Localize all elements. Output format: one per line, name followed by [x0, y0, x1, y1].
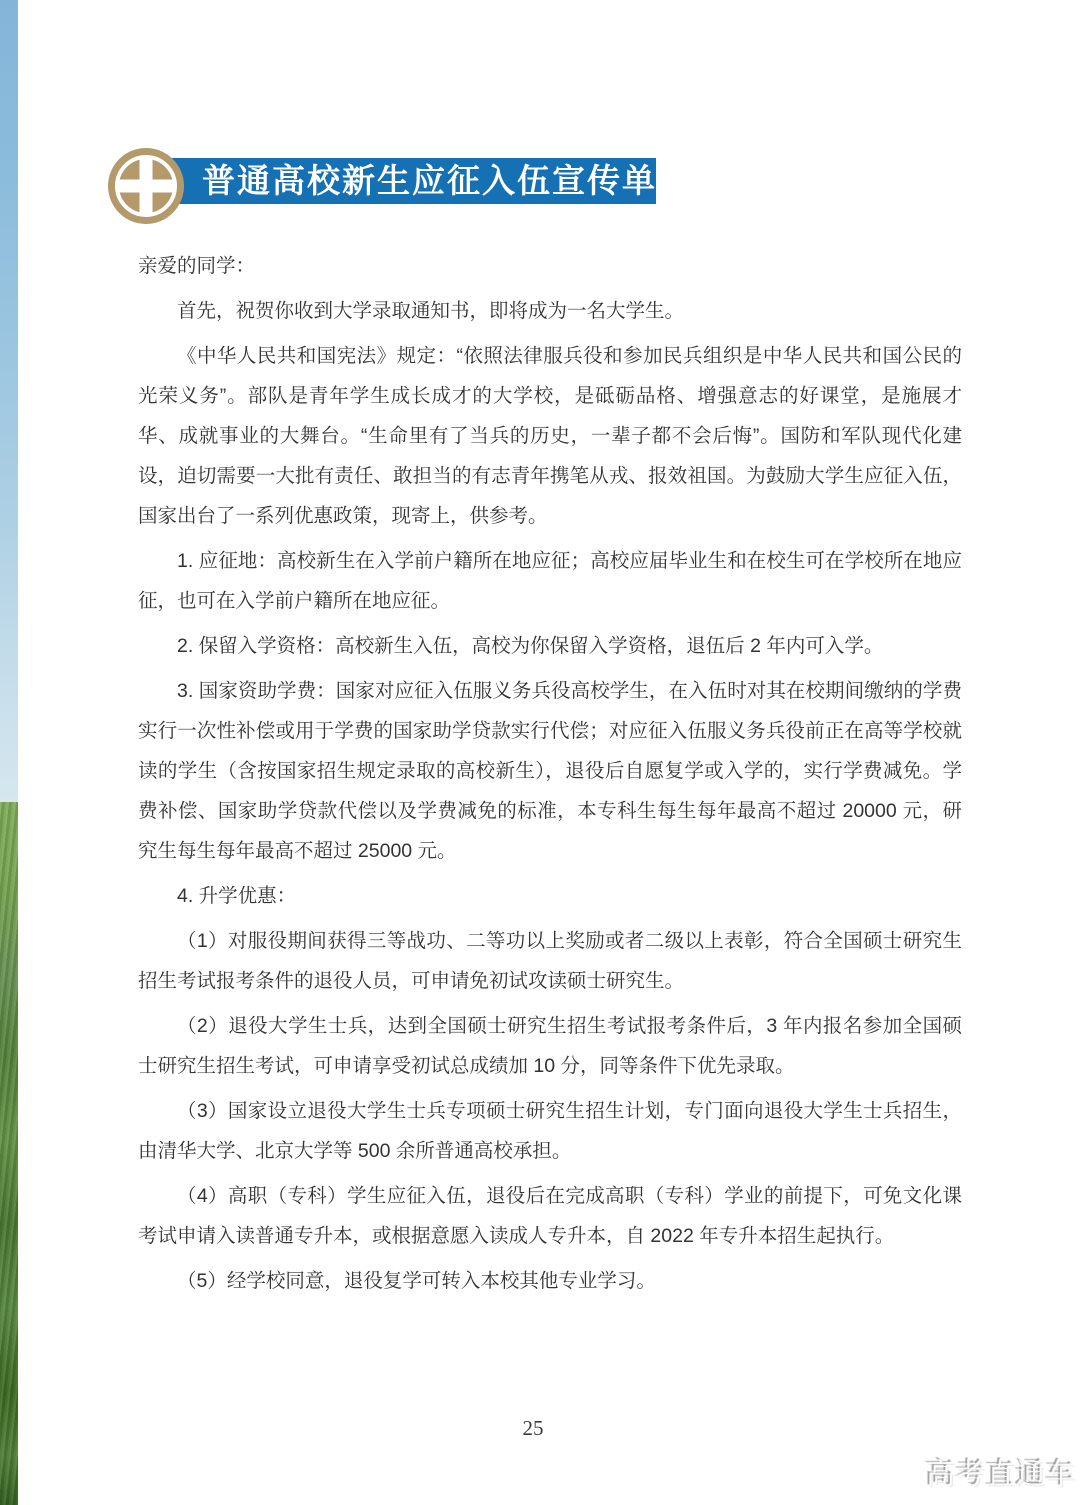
paragraph: 2. 保留入学资格：高校新生入伍，高校为你保留入学资格，退伍后 2 年内可入学。 — [138, 626, 962, 666]
paragraph: 1. 应征地：高校新生在入学前户籍所在地应征；高校应届毕业生和在校生可在学校所在… — [138, 541, 962, 621]
paragraph: 首先，祝贺你收到大学录取通知书，即将成为一名大学生。 — [138, 291, 962, 331]
paragraph: （3）国家设立退役大学生士兵专项硕士研究生招生计划，专门面向退役大学生士兵招生，… — [138, 1091, 962, 1171]
page-header: 普通高校新生应征入伍宣传单 — [0, 0, 1080, 240]
paragraph: （4）高职（专科）学生应征入伍，退役后在完成高职（专科）学业的前提下，可免文化课… — [138, 1176, 962, 1256]
paragraph: 4. 升学优惠： — [138, 876, 962, 916]
paragraph: 《中华人民共和国宪法》规定：“依照法律服兵役和参加民兵组织是中华人民共和国公民的… — [138, 336, 962, 536]
page-title: 普通高校新生应征入伍宣传单 — [202, 158, 657, 204]
paragraph: 3. 国家资助学费：国家对应征入伍服义务兵役高校学生，在入伍时对其在校期间缴纳的… — [138, 671, 962, 871]
leaflet-page: 普通高校新生应征入伍宣传单 亲爱的同学： 首先，祝贺你收到大学录取通知书，即将成… — [0, 0, 1080, 1505]
paragraph: （2）退役大学生士兵，达到全国硕士研究生招生考试报考条件后，3 年内报名参加全国… — [138, 1006, 962, 1086]
paragraph: （5）经学校同意，退役复学可转入本校其他专业学习。 — [138, 1261, 962, 1301]
paragraph: （1）对服役期间获得三等战功、二等功以上奖励或者二级以上表彰，符合全国硕士研究生… — [138, 921, 962, 1001]
page-number: 25 — [18, 1416, 1048, 1441]
icon-cross-horizontal — [117, 180, 175, 193]
plus-circle-icon — [108, 148, 184, 224]
document-body: 亲爱的同学： 首先，祝贺你收到大学录取通知书，即将成为一名大学生。《中华人民共和… — [138, 246, 962, 1306]
salutation: 亲爱的同学： — [138, 246, 962, 286]
watermark: 高考直通车 — [926, 1452, 1076, 1493]
title-banner: 普通高校新生应征入伍宣传单 — [150, 158, 656, 204]
